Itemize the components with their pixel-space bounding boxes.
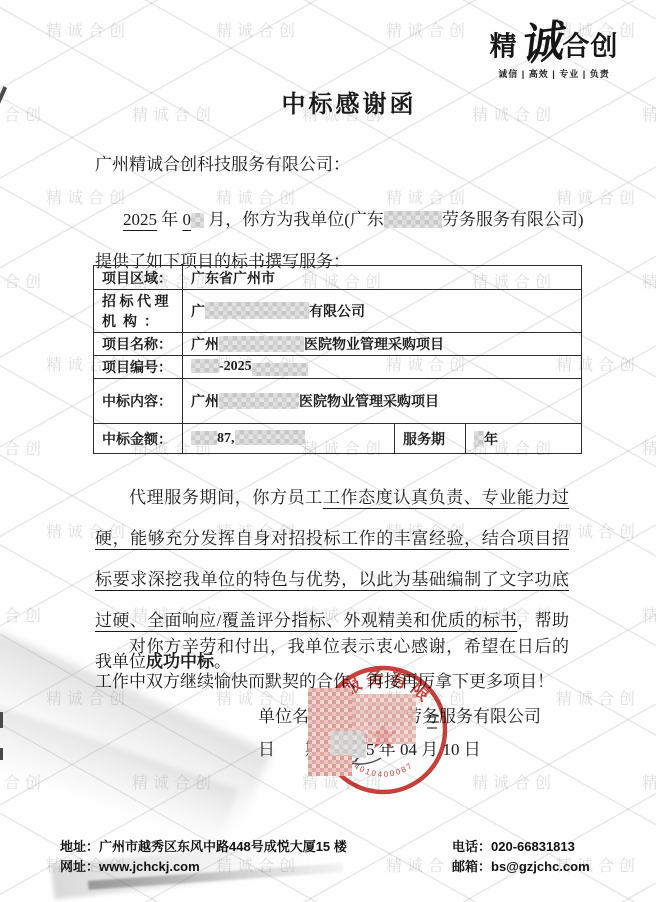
table-row-project-number: 项目编号： -2025 [94, 356, 582, 379]
intro-month: 0 [183, 210, 205, 229]
table-row-project-name: 项目名称： 广州医院物业管理采购项目 [94, 333, 582, 356]
row-label: 项目编号： [94, 356, 183, 379]
redaction-mosaic [191, 213, 204, 228]
value-text: 年 [484, 433, 498, 448]
row-value: 广有限公司 [183, 290, 582, 333]
watermark-text: 精诚合创 [0, 603, 46, 626]
watermark-text: 精诚合创 [386, 18, 470, 41]
watermark-text: 精诚合创 [0, 770, 46, 793]
footer-website-row: 网址：www.jchckj.com [60, 857, 347, 877]
watermark-text: 精诚合创 [216, 18, 300, 41]
redaction-mosaic [252, 363, 308, 376]
redaction-mosaic [219, 336, 304, 352]
redaction-mosaic [191, 359, 219, 373]
phone-label: 电话： [452, 839, 491, 854]
row-value: 广东省广州市 [183, 266, 582, 290]
row-label: 项目区域： [94, 266, 183, 290]
intro-line-1: 2025 年 0 月，你方为我单位(广东劳务服务有限公司) [95, 199, 571, 241]
row-value: 广州医院物业管理采购项目 [183, 333, 582, 356]
intro-month-digit: 0 [183, 210, 192, 229]
email-label: 邮箱： [452, 859, 491, 874]
svg-text:44010400087: 44010400087 [347, 758, 415, 779]
project-table: 项目区域： 广东省广州市 招 标 代 理 机 构 ： 广有限公司 项目名称： 广… [93, 265, 582, 454]
letter-title: 中标感谢函 [0, 84, 656, 119]
logo-char: 合创 [563, 32, 619, 62]
redaction-mosaic [235, 430, 305, 445]
date-label-char: 日 [258, 740, 275, 759]
row-value: -2025 [183, 356, 582, 379]
row-value: 广州医院物业管理采购项目 [183, 379, 582, 424]
phone-value: 020-66831813 [491, 839, 575, 854]
table-row-award-amount: 中标金额： 87, 服务期 年 [94, 424, 582, 454]
value-text: 广州 [191, 395, 219, 410]
logo-char: 精 [490, 32, 518, 62]
redaction-mosaic [219, 393, 299, 409]
footer-address-row: 地址：广州市越秀区东风中路448号成悦大厦15 楼 [60, 837, 347, 857]
value-text: 87, [217, 431, 235, 446]
logo-char-calligraphic: 诚 [516, 23, 564, 68]
watermark-text: 精诚合创 [642, 436, 656, 459]
watermark-text: 精诚合创 [642, 269, 656, 292]
body-underlined-text: 工作态度认真负责、专业能力过硬，能够充分发挥自身对招投标工作的丰富经验，结合项目… [95, 488, 569, 630]
row-label-line: 招 标 代 理 [102, 291, 174, 311]
redaction-mosaic [474, 431, 484, 447]
value-text: 有限公司 [309, 305, 365, 320]
service-period-value: 年 [466, 424, 582, 454]
footer-email-row: 邮箱：bs@gzjchc.com [452, 857, 590, 877]
scanned-letter-page: 精诚合创精诚合创精诚合创精诚合创精诚合创精诚合创精诚合创精诚合创精诚合创精诚合创… [0, 0, 656, 902]
row-label-line: 机 构 ： [102, 311, 174, 331]
website-value: www.jchckj.com [99, 859, 200, 874]
watermark-text: 精诚合创 [0, 269, 46, 292]
row-label: 招 标 代 理 机 构 ： [94, 290, 183, 333]
logo-wordmark: 精诚合创 [474, 24, 634, 64]
redaction-mosaic [330, 731, 364, 755]
table-row-agency: 招 标 代 理 机 构 ： 广有限公司 [94, 290, 582, 333]
footer-left-block: 地址：广州市越秀区东风中路448号成悦大厦15 楼 网址：www.jchckj.… [60, 837, 347, 877]
watermark-text: 精诚合创 [46, 18, 130, 41]
watermark-text: 精诚合创 [0, 436, 46, 459]
table-row-region: 项目区域： 广东省广州市 [94, 266, 582, 290]
salutation: 广州精诚合创科技服务有限公司： [95, 150, 350, 175]
footer-phone-row: 电话：020-66831813 [452, 837, 590, 857]
value-text: -2025 [219, 359, 252, 374]
row-label: 中标金额： [94, 424, 183, 454]
company-logo: 精诚合创 诚信 | 高效 | 专业 | 负责 [474, 24, 634, 80]
service-period-label: 服务期 [395, 424, 466, 454]
value-text: 医院物业管理采购项目 [299, 395, 439, 410]
value-text: 广 [191, 305, 205, 320]
logo-tagline: 诚信 | 高效 | 专业 | 负责 [474, 67, 634, 80]
intro-year: 2025 [123, 210, 157, 229]
intro-text: 劳务服务有限公司) [442, 210, 584, 229]
redaction-mosaic [205, 302, 309, 319]
intro-text: 年 [157, 210, 183, 229]
stamp-serial-digits: 44010400087 [347, 758, 415, 779]
address-label: 地址： [60, 839, 99, 854]
address-value: 广州市越秀区东风中路448号成悦大厦15 楼 [99, 839, 347, 854]
table-row-award-content: 中标内容： 广州医院物业管理采购项目 [94, 379, 582, 424]
redaction-mosaic [384, 211, 442, 228]
scan-edge-mark [0, 748, 3, 760]
website-label: 网址： [60, 859, 99, 874]
scan-edge-mark [0, 712, 3, 728]
watermark-text: 精诚合创 [642, 603, 656, 626]
email-value: bs@gzjchc.com [491, 859, 590, 874]
watermark-text: 精诚合创 [642, 770, 656, 793]
stamp-edge-mark [427, 716, 439, 728]
watermark-text: 精诚合创 [472, 770, 556, 793]
footer-right-block: 电话：020-66831813 邮箱：bs@gzjchc.com [452, 837, 590, 877]
row-label: 项目名称： [94, 333, 183, 356]
row-value: 87, [183, 424, 395, 454]
row-label: 中标内容： [94, 379, 183, 424]
value-text: 医院物业管理采购项目 [304, 338, 444, 353]
intro-text: 月，你方为我单位(广东 [204, 210, 384, 229]
body-text: 代理服务期间，你方员工 [129, 488, 323, 507]
redaction-mosaic [191, 431, 217, 445]
watermark-text: 精诚合创 [132, 770, 216, 793]
value-text: 广州 [191, 338, 219, 353]
